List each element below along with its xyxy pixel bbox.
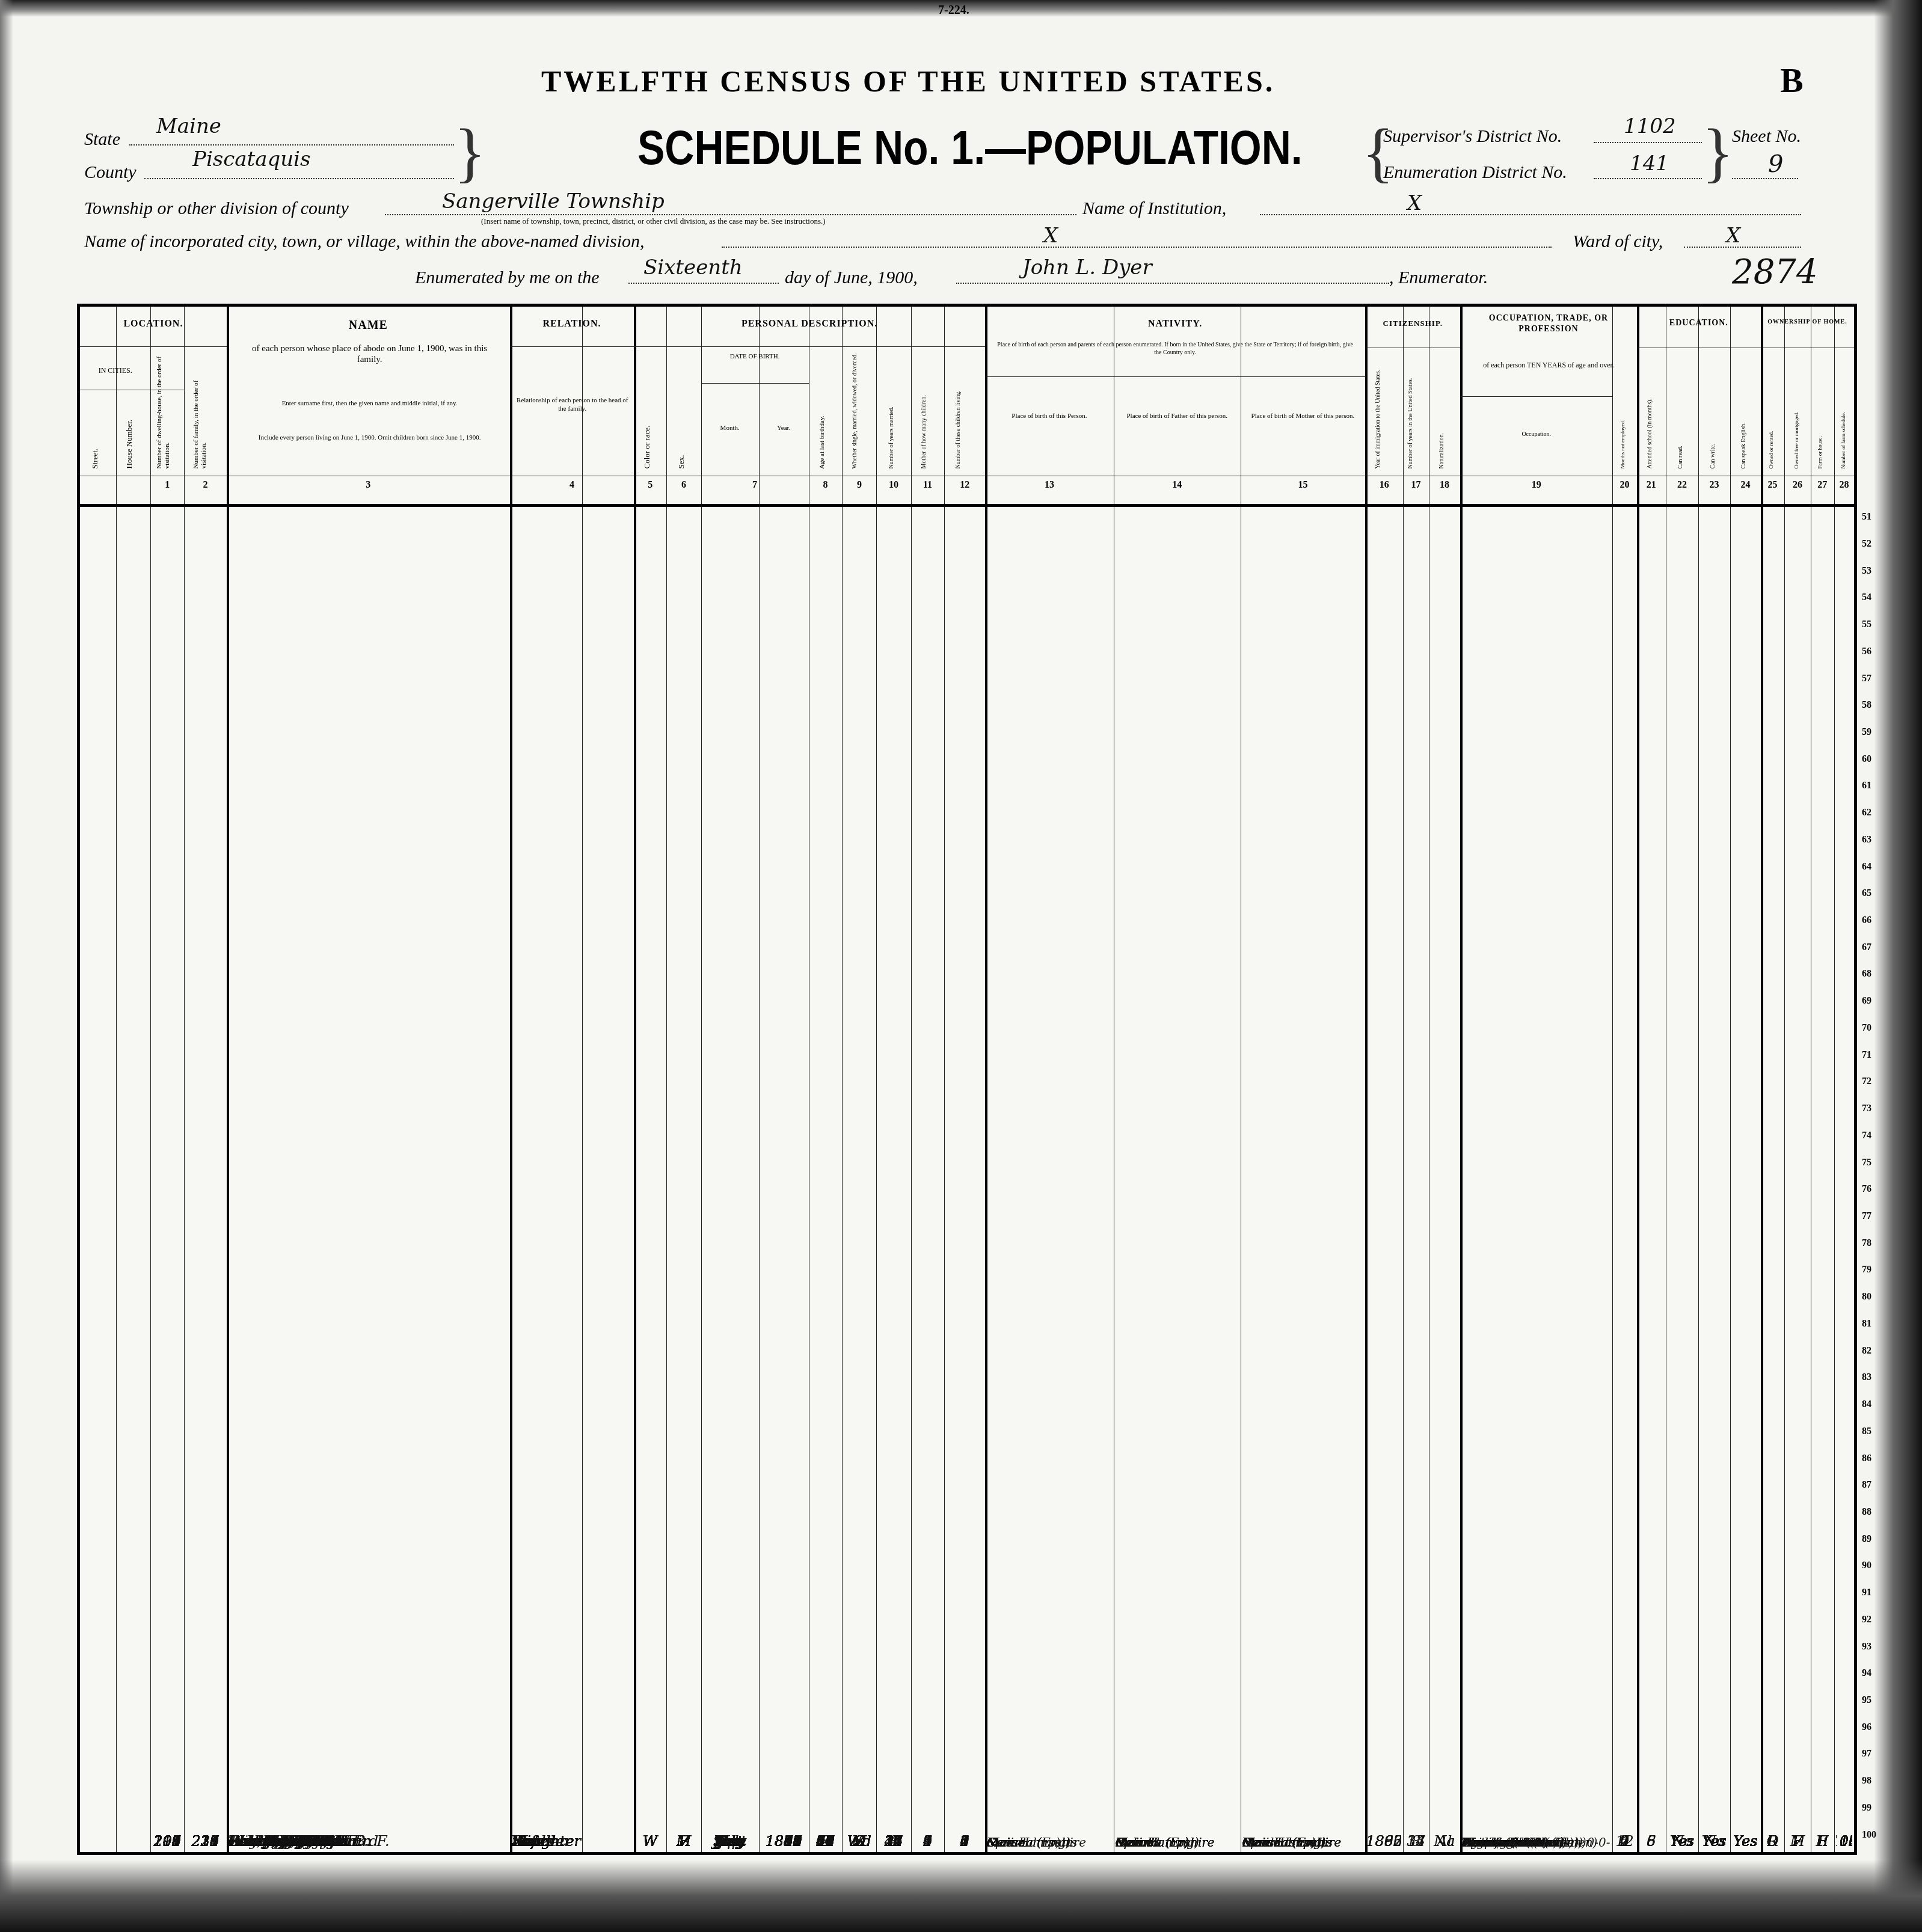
cell-living: [946, 307, 983, 1852]
cell-family: 228: [186, 307, 225, 1852]
line-number: 92: [1862, 1615, 1871, 1625]
line-number: 87: [1862, 1480, 1871, 1491]
form-code: 7-224.: [938, 4, 969, 17]
county-line: [144, 178, 454, 179]
col-divider: [876, 307, 877, 1852]
line-number: 71: [1862, 1050, 1871, 1061]
col-divider: [809, 307, 809, 1852]
township-label: Township or other division of county: [84, 198, 349, 219]
ward-value: X: [1726, 224, 1740, 248]
line-number: 69: [1862, 996, 1871, 1007]
township-line: [385, 214, 1076, 215]
line-number: 88: [1862, 1507, 1871, 1518]
line-number: 68: [1862, 969, 1871, 980]
city-label: Name of incorporated city, town, or vill…: [84, 232, 645, 252]
col-divider: [1834, 307, 1835, 1852]
supervisor-value: 1102: [1624, 114, 1676, 138]
line-number: 80: [1862, 1292, 1871, 1302]
line-number: 84: [1862, 1399, 1871, 1410]
col-divider: [701, 307, 702, 1852]
enumerator-name: John L. Dyer: [1022, 256, 1152, 280]
cell-mort: F: [1786, 307, 1809, 1852]
scan-edge-left: [0, 0, 13, 1932]
cell-occupation: Farmer 0-2-4: [1462, 307, 1610, 1852]
census-page: 7-224. TWELFTH CENSUS OF THE UNITED STAT…: [0, 0, 1922, 1932]
line-number: 55: [1862, 619, 1871, 630]
line-number: 93: [1862, 1642, 1871, 1652]
col-divider: [759, 307, 760, 1852]
line-number: 96: [1862, 1722, 1871, 1733]
cell-english: Yes: [1732, 307, 1759, 1852]
col-divider: [184, 307, 185, 1852]
col-divider: [1114, 307, 1114, 1852]
col-divider: [1612, 307, 1613, 1852]
line-number: 67: [1862, 942, 1871, 953]
line-number: 82: [1862, 1346, 1871, 1357]
enumerator-label: , Enumerator.: [1389, 268, 1488, 288]
enumeration-value: 141: [1630, 152, 1669, 176]
line-number: 65: [1862, 888, 1871, 899]
cell-month: Mar: [703, 307, 757, 1852]
line-number: 64: [1862, 862, 1871, 872]
line-number: 58: [1862, 700, 1871, 711]
cell-yrs-us: [1405, 307, 1426, 1852]
cell-write: Yes: [1700, 307, 1728, 1852]
line-number: 94: [1862, 1668, 1871, 1679]
schedule-title: SCHEDULE No. 1.—POPULATION.: [637, 120, 1303, 176]
state-line: [129, 144, 454, 146]
col-divider: [666, 307, 667, 1852]
line-number: 63: [1862, 835, 1871, 845]
line-number: 86: [1862, 1453, 1871, 1464]
line-number: 62: [1862, 808, 1871, 818]
brace-left: }: [454, 114, 486, 191]
line-number: 60: [1862, 754, 1871, 765]
sheet-letter: B: [1780, 60, 1804, 100]
cell-school: [1639, 307, 1664, 1852]
cell-mother: Maine: [1242, 307, 1364, 1852]
county-label: County: [84, 162, 137, 183]
line-number: 61: [1862, 780, 1871, 791]
line-number: 74: [1862, 1130, 1871, 1141]
sheet-label: Sheet No.: [1732, 126, 1801, 147]
line-number: 72: [1862, 1076, 1871, 1087]
supervisor-line: [1594, 142, 1702, 143]
line-number: 79: [1862, 1265, 1871, 1275]
cell-name: Bridge, Charles E.: [229, 307, 508, 1852]
col-divider: [1429, 307, 1429, 1852]
line-number: 70: [1862, 1023, 1871, 1034]
col-divider: [1730, 307, 1731, 1852]
cell-color: W: [636, 307, 665, 1852]
supervisor-label: Supervisor's District No.: [1383, 126, 1562, 147]
institution-label: Name of Institution,: [1082, 198, 1226, 219]
line-number: 57: [1862, 673, 1871, 684]
line-number: 100: [1862, 1830, 1876, 1841]
line-number: 54: [1862, 592, 1871, 603]
street-header: Street.: [91, 399, 99, 469]
enumerated-suffix: day of June, 1900,: [785, 268, 918, 288]
line-number: 75: [1862, 1158, 1871, 1168]
line-number: 51: [1862, 512, 1871, 523]
cell-relation: Head: [512, 307, 632, 1852]
line-number: 85: [1862, 1426, 1871, 1437]
col-divider: [1241, 307, 1241, 1852]
census-title: TWELFTH CENSUS OF THE UNITED STATES.: [541, 64, 1275, 99]
line-number: 83: [1862, 1372, 1871, 1383]
sheet-line: [1732, 178, 1798, 179]
township-value: Sangerville Township: [442, 189, 665, 213]
col-divider: [944, 307, 945, 1852]
cell-marital: M: [844, 307, 874, 1852]
cell-birth: Maine: [987, 307, 1112, 1852]
enumerator-line: [956, 283, 1389, 284]
line-number: 89: [1862, 1534, 1871, 1545]
ward-label: Ward of city,: [1573, 232, 1663, 252]
cell-year: 1856: [761, 307, 807, 1852]
col-divider: [1666, 307, 1666, 1852]
line-number: 56: [1862, 646, 1871, 657]
line-number: 77: [1862, 1211, 1871, 1222]
enumerated-day-line: [628, 283, 779, 284]
city-line: [722, 247, 1552, 248]
col-divider: [1403, 307, 1404, 1852]
enumeration-line: [1594, 178, 1702, 179]
scan-edge-right: [1874, 0, 1922, 1932]
population-table: LOCATION. IN CITIES. Street. House Numbe…: [77, 304, 1857, 1855]
state-label: State: [84, 129, 120, 150]
line-number: 95: [1862, 1695, 1871, 1706]
institution-value: X: [1407, 191, 1422, 215]
line-number: 91: [1862, 1587, 1871, 1598]
enumeration-label: Enumeration District No.: [1383, 162, 1567, 183]
line-number: 59: [1862, 727, 1871, 738]
line-number: 53: [1862, 566, 1871, 577]
col-divider: [116, 307, 117, 1852]
township-note: (Insert name of township, town, precinct…: [481, 216, 826, 226]
cell-immig: [1367, 307, 1401, 1852]
cell-natur: [1431, 307, 1459, 1852]
cell-farm: F: [1813, 307, 1832, 1852]
cell-sex: M: [668, 307, 699, 1852]
line-number: 98: [1862, 1776, 1871, 1786]
cell-yrs-married: 4: [878, 307, 909, 1852]
institution-line: [1260, 214, 1801, 215]
brace-supervisor-close: }: [1702, 114, 1734, 191]
line-number: 81: [1862, 1319, 1871, 1329]
city-value: X: [1043, 224, 1058, 248]
col-divider: [911, 307, 912, 1852]
cell-own: O: [1763, 307, 1782, 1852]
cell-unemployed: 0: [1614, 307, 1635, 1852]
enumerated-day: Sixteenth: [643, 256, 743, 280]
in-cities-header: IN CITIES.: [80, 365, 150, 376]
col-divider: [1784, 307, 1785, 1852]
col-divider: [1811, 307, 1811, 1852]
line-number: 66: [1862, 915, 1871, 926]
line-number: 99: [1862, 1803, 1871, 1814]
cell-mother-of: [913, 307, 943, 1852]
line-number: 90: [1862, 1560, 1871, 1571]
line-number: 78: [1862, 1238, 1871, 1249]
stamp-number: 2874: [1732, 253, 1818, 292]
col-divider: [150, 307, 151, 1852]
house-number-header: House Number.: [125, 399, 133, 469]
state-value: Maine: [156, 114, 221, 138]
cell-dwelling: 210: [152, 307, 182, 1852]
line-number: 97: [1862, 1749, 1871, 1759]
col-divider: [842, 307, 843, 1852]
line-number: 76: [1862, 1184, 1871, 1195]
cell-age: 44: [811, 307, 841, 1852]
col-divider: [1698, 307, 1699, 1852]
line-number: 73: [1862, 1103, 1871, 1114]
enumerated-prefix: Enumerated by me on the: [415, 268, 600, 288]
cell-read: Yes: [1668, 307, 1696, 1852]
cell-schedule: 116: [1836, 307, 1852, 1852]
ward-line: [1684, 247, 1801, 248]
line-number: 52: [1862, 539, 1871, 550]
scan-edge-bottom: [0, 1860, 1922, 1932]
cell-father: Maine: [1116, 307, 1239, 1852]
sheet-value: 9: [1768, 150, 1783, 178]
county-value: Piscataquis: [192, 147, 310, 171]
